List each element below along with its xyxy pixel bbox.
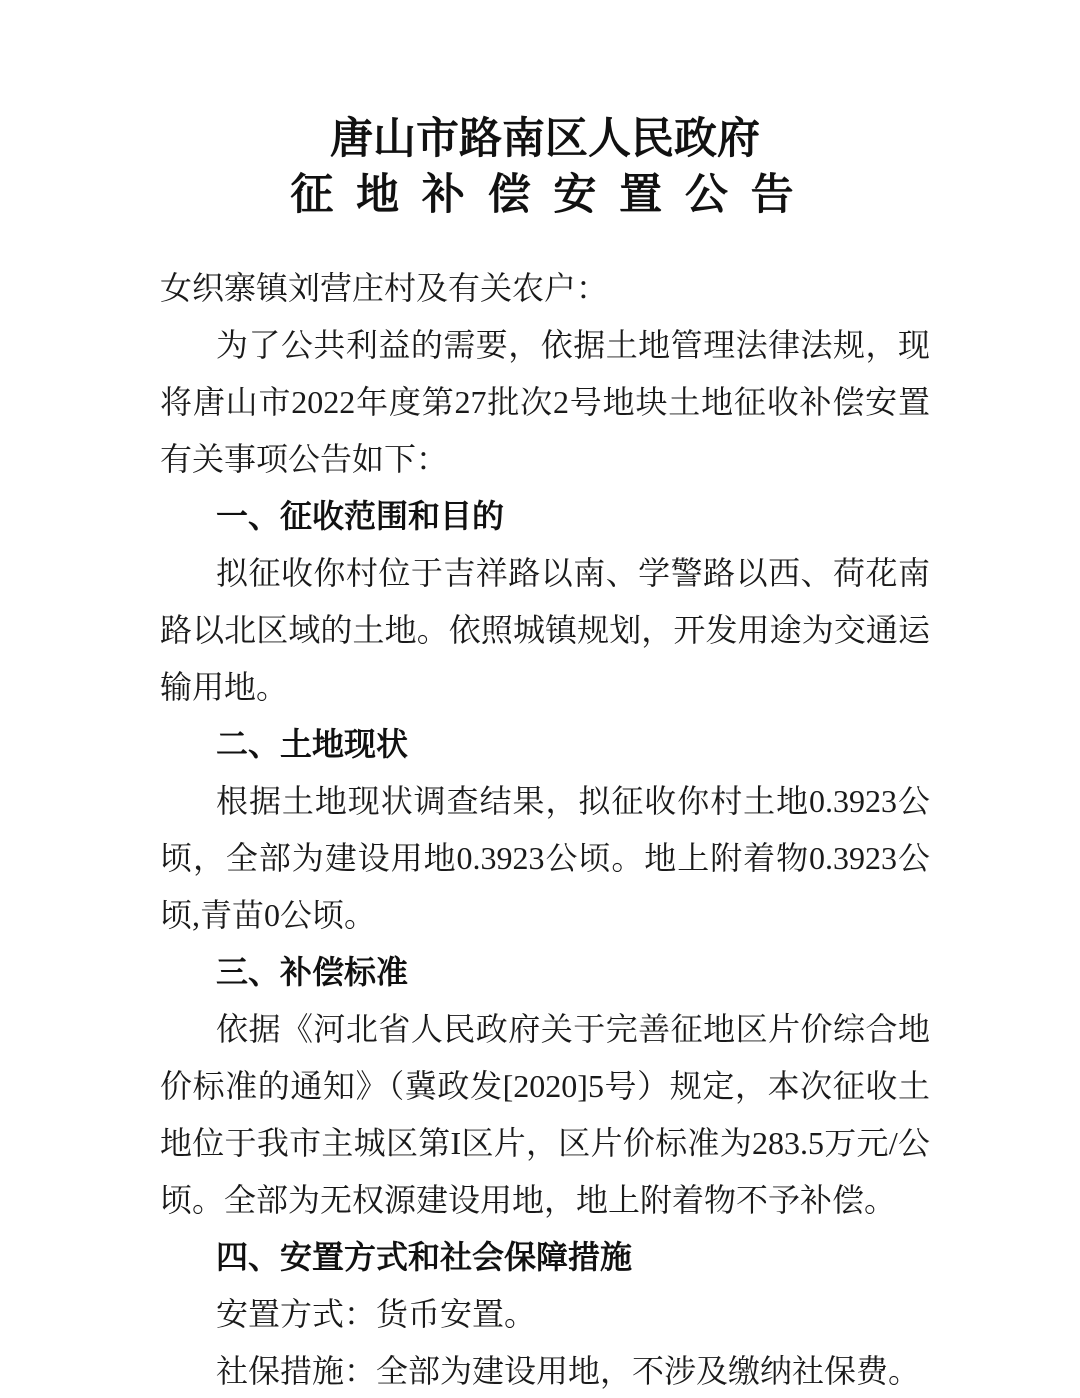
section-2-heading: 二、土地现状 bbox=[160, 716, 930, 773]
title-block: 唐山市路南区人民政府 征 地 补 偿 安 置 公 告 bbox=[160, 112, 930, 224]
salutation: 女织寨镇刘营庄村及有关农户： bbox=[160, 260, 930, 317]
section-1-heading: 一、征收范围和目的 bbox=[160, 488, 930, 545]
notice-page: 唐山市路南区人民政府 征 地 补 偿 安 置 公 告 女织寨镇刘营庄村及有关农户… bbox=[0, 0, 1080, 1398]
notice-body: 女织寨镇刘营庄村及有关农户： 为了公共利益的需要，依据土地管理法律法规，现将唐山… bbox=[160, 260, 930, 1398]
document-title-line1: 唐山市路南区人民政府 bbox=[160, 112, 930, 168]
social-security-line: 社保措施：全部为建设用地，不涉及缴纳社保费。 bbox=[160, 1343, 930, 1398]
section-3-paragraph: 依据《河北省人民政府关于完善征地区片价综合地价标准的通知》（冀政发[2020]5… bbox=[160, 1001, 930, 1229]
section-1-paragraph: 拟征收你村位于吉祥路以南、学警路以西、荷花南路以北区域的土地。依照城镇规划，开发… bbox=[160, 545, 930, 716]
section-3-heading: 三、补偿标准 bbox=[160, 944, 930, 1001]
placement-method-line: 安置方式：货币安置。 bbox=[160, 1286, 930, 1343]
section-2-paragraph: 根据土地现状调查结果，拟征收你村土地0.3923公顷，全部为建设用地0.3923… bbox=[160, 773, 930, 944]
document-title-line2: 征 地 补 偿 安 置 公 告 bbox=[160, 168, 930, 224]
section-4-heading: 四、安置方式和社会保障措施 bbox=[160, 1229, 930, 1286]
intro-paragraph: 为了公共利益的需要，依据土地管理法律法规，现将唐山市2022年度第27批次2号地… bbox=[160, 317, 930, 488]
